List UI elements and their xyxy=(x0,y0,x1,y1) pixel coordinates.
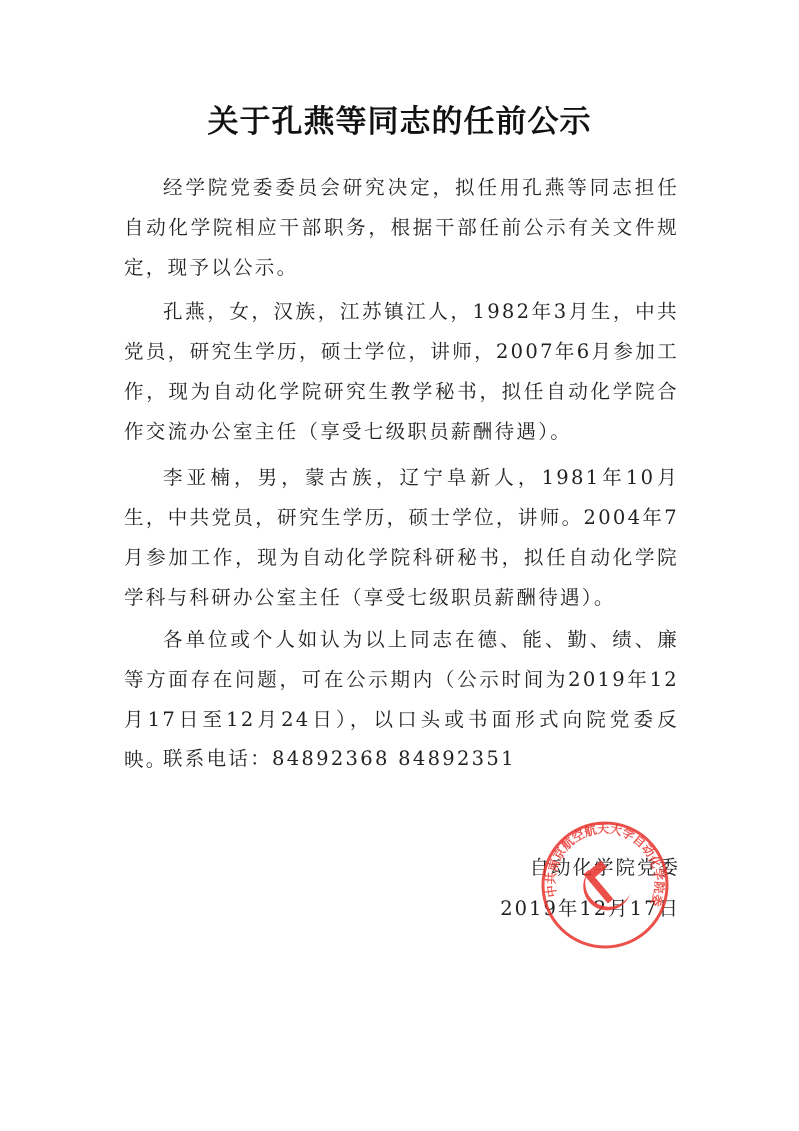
paragraph-candidate-li-yanan: 李亚楠，男，蒙古族，辽宁阜新人，1981年10月生，中共党员，研究生学历，硕士学… xyxy=(124,458,679,618)
paragraph-text: 李亚楠，男，蒙古族，辽宁阜新人，1981年10月生，中共党员，研究生学历，硕士学… xyxy=(124,458,679,618)
official-seal-icon: 中共南京航空航天大学自动化学院委员会 xyxy=(540,820,670,950)
hammer-sickle-icon xyxy=(583,861,630,911)
paragraph-candidate-kong-yan: 孔燕，女，汉族，江苏镇江人，1982年3月生，中共党员，研究生学历，硕士学位，讲… xyxy=(124,292,679,452)
paragraph-intro: 经学院党委委员会研究决定，拟任用孔燕等同志担任自动化学院相应干部职务，根据干部任… xyxy=(124,168,679,288)
page-title: 关于孔燕等同志的任前公示 xyxy=(0,96,799,141)
paragraph-text: 经学院党委委员会研究决定，拟任用孔燕等同志担任自动化学院相应干部职务，根据干部任… xyxy=(124,168,679,288)
paragraph-text: 孔燕，女，汉族，江苏镇江人，1982年3月生，中共党员，研究生学历，硕士学位，讲… xyxy=(124,292,679,452)
paragraph-text: 联系电话：84892368 84892351 xyxy=(124,739,679,779)
paragraph-contact-phone: 联系电话：84892368 84892351 xyxy=(124,739,679,779)
